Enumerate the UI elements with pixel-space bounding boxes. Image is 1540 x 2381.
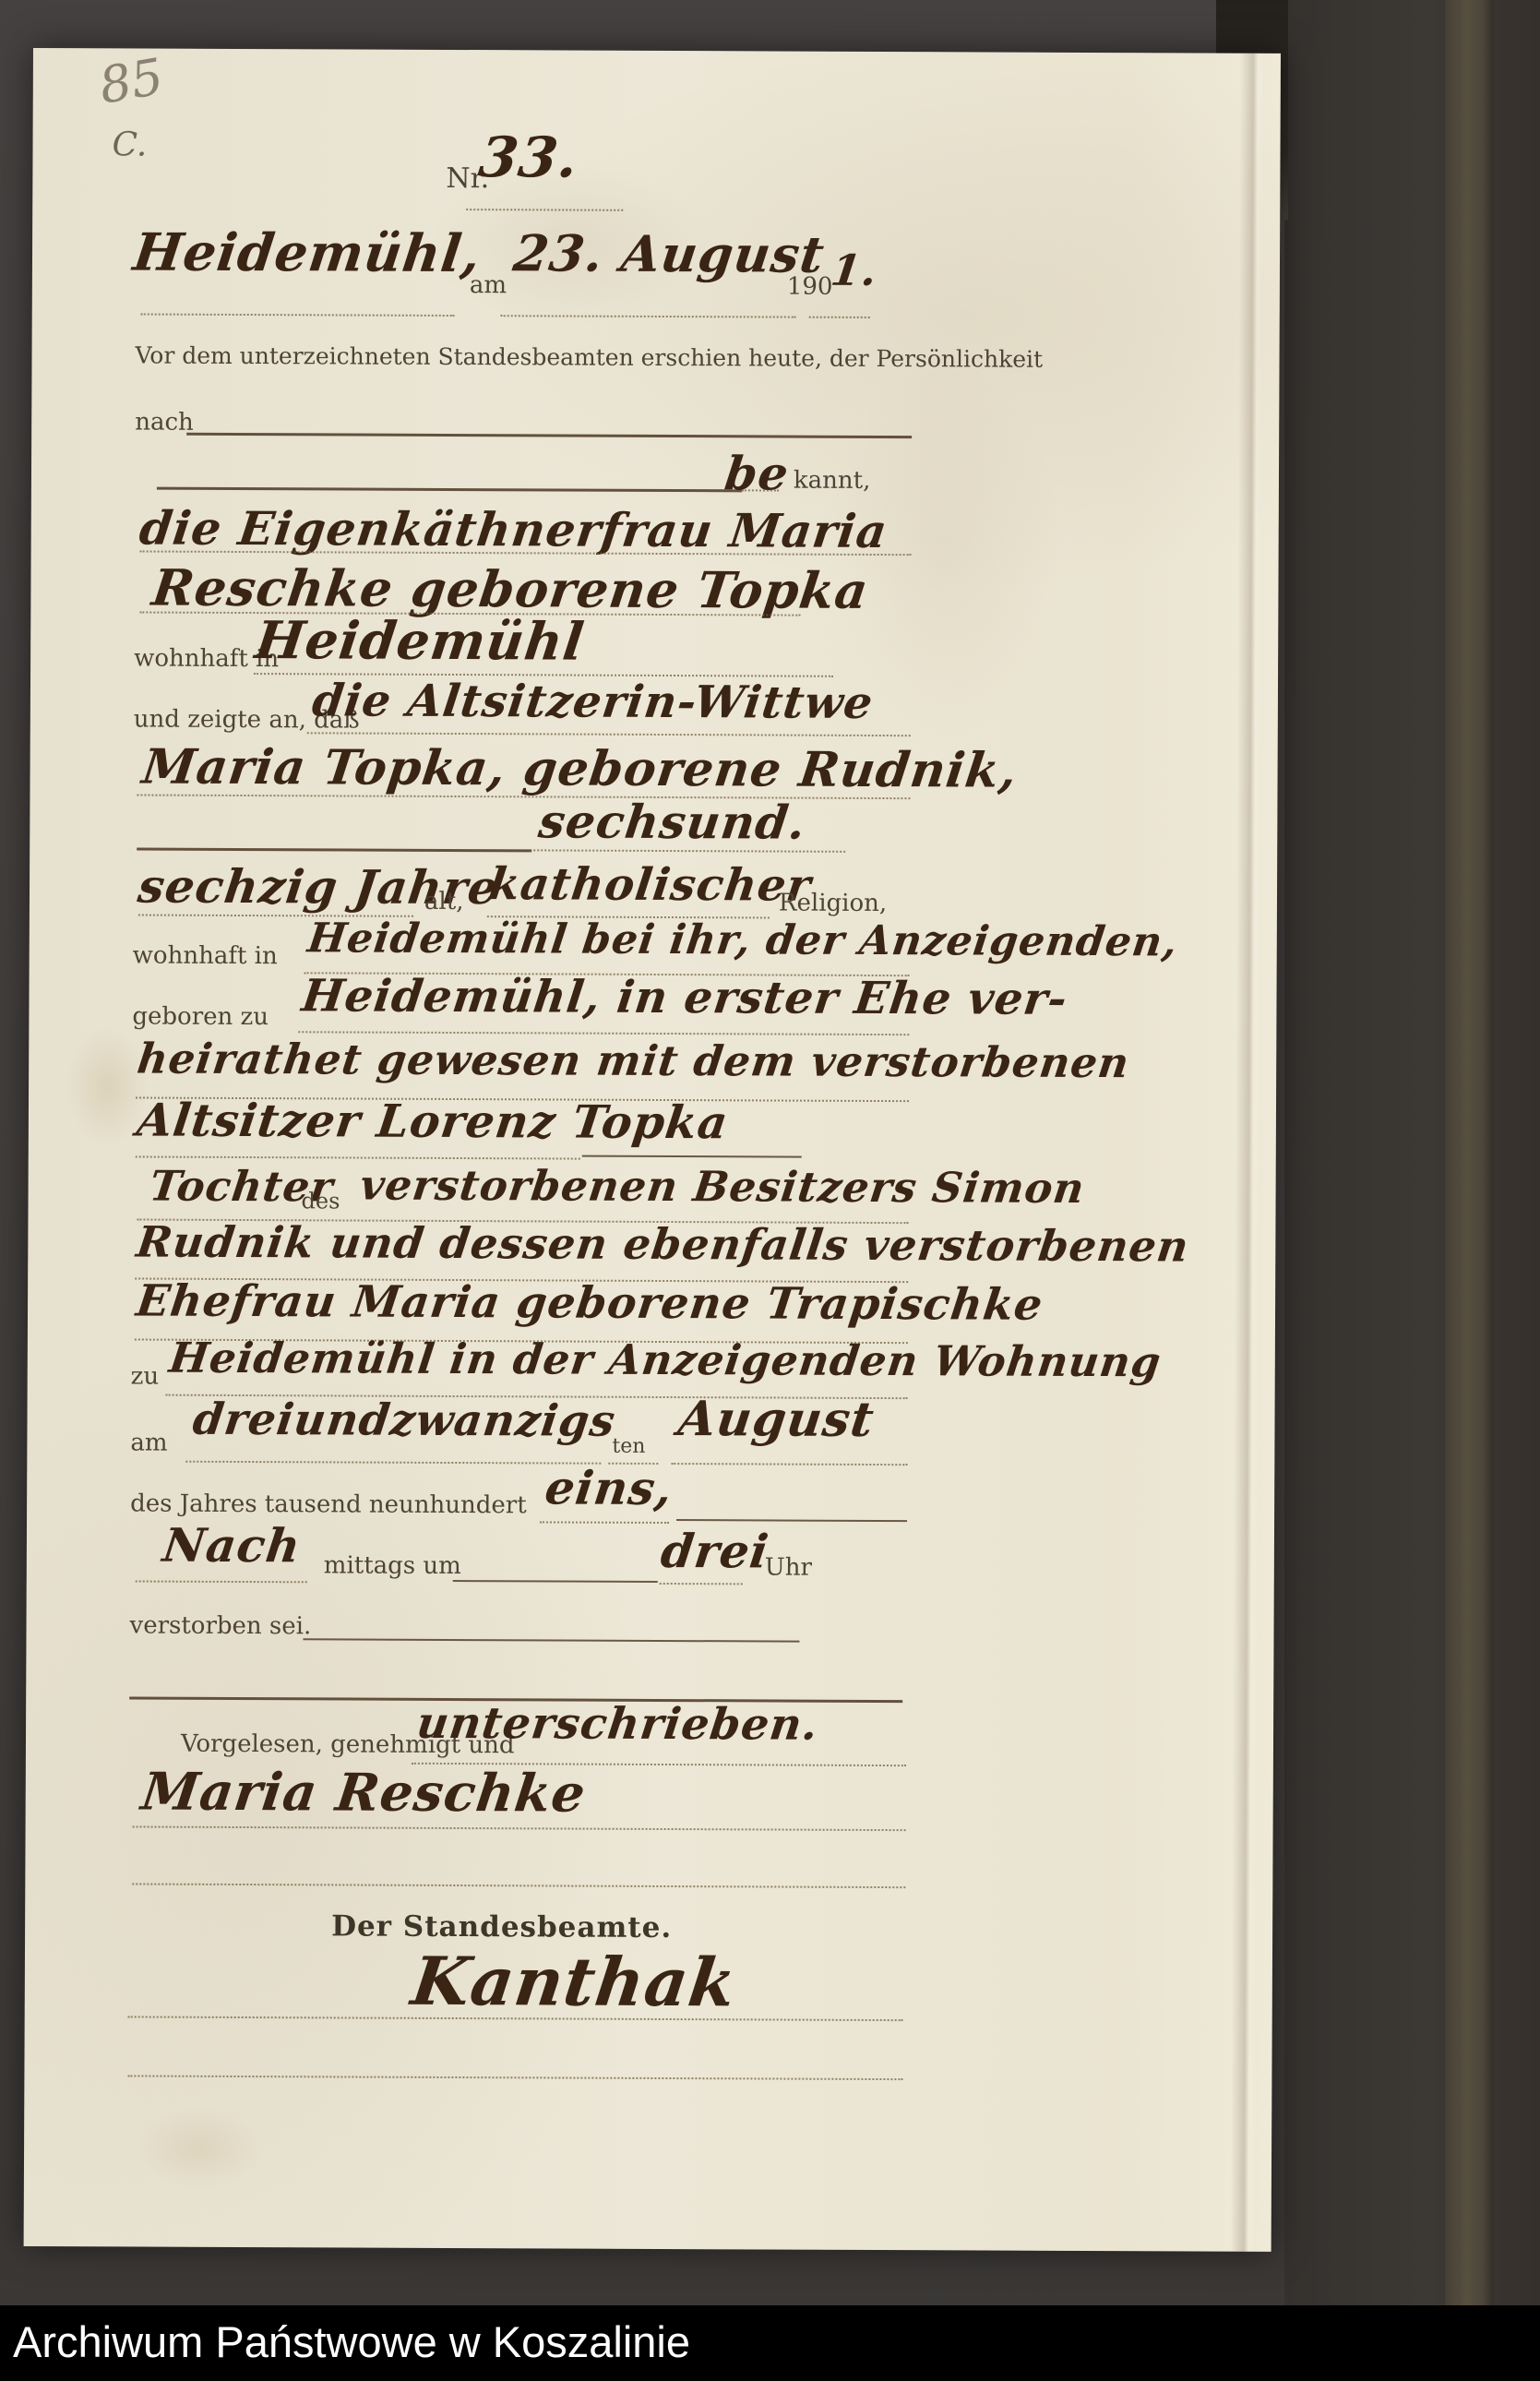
religion-hand: katholischer (485, 858, 814, 911)
age-carry-hand: sechsund. (536, 794, 809, 849)
deceased-residence-hand: Heidemühl bei ihr, der Anzeigenden, (305, 915, 1181, 965)
registrar-title-label: Der Standesbeamte. (331, 1909, 672, 1944)
verstorben-blank-rule (303, 1638, 799, 1642)
dateline-underline (141, 314, 455, 317)
year-words-label: des Jahres tausend neunhundert (130, 1490, 527, 1519)
nach-label: nach (135, 408, 194, 436)
guide-dotted-line (133, 1825, 906, 1831)
closing-hand: unterschrieben. (414, 1698, 822, 1751)
dateline-underline (501, 315, 796, 317)
religion-label: Religion, (779, 890, 887, 918)
death-place-hand: Heidemühl in der Anzeigenden Wohnung (166, 1334, 1164, 1387)
guide-dotted-line (127, 2075, 902, 2080)
am-label: am (130, 1429, 167, 1456)
dateline-underline (809, 317, 870, 318)
death-record-page: 85 C. Nr. 33. Heidemühl, am 23. August 1… (24, 48, 1281, 2252)
deceased-status-hand: die Altsitzerin-Wittwe (309, 675, 876, 729)
bekannt-underline (742, 489, 779, 491)
page-fold-crease (1231, 54, 1264, 2252)
marriage-blank-rule (582, 1155, 802, 1158)
death-day-hand: dreiundzwanzigs (190, 1394, 618, 1447)
am-label: am (470, 271, 507, 299)
archive-watermark-bar: Archiwum Państwowe w Koszalinie (0, 2305, 1540, 2381)
book-page-block-edge (1445, 0, 1493, 2307)
hour-blank-rule (453, 1580, 658, 1583)
uhr-label: Uhr (765, 1553, 812, 1581)
deceased-name-hand: Maria Topka, geborene Rudnik, (139, 739, 1021, 799)
wohnhaft-label: wohnhaft in (133, 941, 278, 970)
hour-hand: drei (658, 1524, 772, 1578)
record-number-underline (466, 209, 623, 211)
guide-dotted-line (132, 1883, 905, 1888)
guide-dotted-line (533, 849, 845, 852)
verstorben-sei-label: verstorben sei. (129, 1611, 311, 1640)
intro-printed-line: Vor dem unterzeichneten Standesbeamten e… (135, 341, 1043, 372)
daytime-hand: Nach (160, 1518, 304, 1573)
scanned-archive-photo: 85 C. Nr. 33. Heidemühl, am 23. August 1… (0, 0, 1540, 2381)
year-printed: 190 (787, 273, 833, 301)
identity-blank-rule (186, 433, 912, 438)
father-hand-line1: verstorbenen Besitzers Simon (357, 1161, 1088, 1213)
mother-hand-line: Ehefrau Maria geborene Trapischke (134, 1276, 1046, 1331)
mittags-um-label: mittags um (324, 1551, 461, 1580)
book-binding-background (1284, 0, 1540, 2307)
des-label: des (301, 1188, 340, 1214)
guide-dotted-line (660, 1583, 743, 1585)
alt-label: alt, (424, 888, 464, 915)
ten-ordinal-label: ten (612, 1435, 645, 1458)
bekannt-hand-fragment: be (722, 446, 792, 500)
death-month-hand: August (675, 1391, 877, 1448)
pencil-page-number: 85 (95, 47, 167, 115)
marriage-hand-line2: Altsitzer Lorenz Topka (134, 1094, 731, 1150)
guide-dotted-line (185, 1461, 601, 1465)
year-blank-rule (676, 1519, 907, 1522)
guide-dotted-line (307, 732, 911, 736)
guide-dotted-line (136, 1155, 580, 1159)
declarant-residence-hand: Heidemühl (252, 610, 588, 673)
archive-name-label: Archiwum Państwowe w Koszalinie (13, 2316, 690, 2367)
identity-blank-rule (157, 487, 742, 493)
guide-dotted-line (540, 1521, 669, 1524)
death-year-hand: eins, (542, 1460, 675, 1515)
zu-label: zu (131, 1362, 160, 1390)
birthplace-hand: Heidemühl, in erster Ehe ver- (299, 970, 1070, 1025)
father-hand-line2: Rudnik und dessen ebenfalls verstorbenen (134, 1217, 1192, 1272)
age-blank-rule (137, 847, 531, 852)
registrar-signature: Kanthak (407, 1942, 741, 2021)
kannt-label: kannt, (794, 467, 871, 495)
geboren-zu-label: geboren zu (132, 1002, 269, 1031)
pencil-letter-annotation: C. (112, 126, 147, 163)
year-hand: 1. (829, 245, 881, 295)
declarant-occupation-hand: die Eigenkäthnerfrau Maria (137, 501, 890, 559)
record-number-value: 33. (475, 126, 582, 190)
marriage-hand-line1: heirathet gewesen mit dem verstorbenen (135, 1035, 1132, 1088)
guide-dotted-line (136, 1580, 307, 1583)
guide-dotted-line (671, 1463, 907, 1466)
registry-place-hand: Heidemühl, (130, 221, 484, 284)
paper-stain (135, 2107, 264, 2191)
declarant-signature: Maria Reschke (138, 1762, 590, 1825)
registry-date-hand: 23. August (510, 223, 828, 283)
